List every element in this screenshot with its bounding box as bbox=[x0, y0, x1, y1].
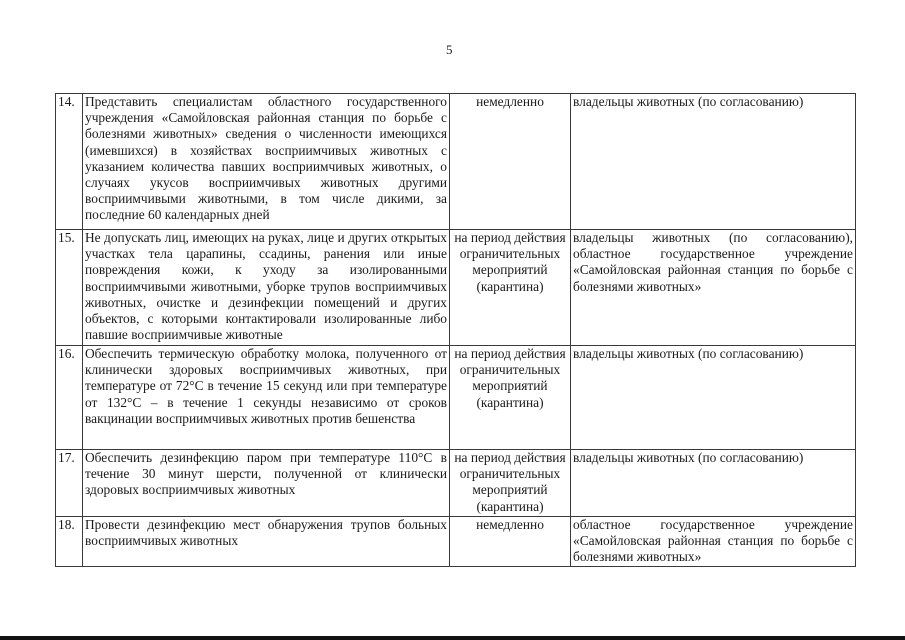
table-row: 15. Не допускать лиц, имеющих на руках, … bbox=[56, 230, 856, 346]
measures-table: 14. Представить специалистам областного … bbox=[55, 93, 856, 567]
measure-term: на период действия ограничительных мероп… bbox=[450, 346, 571, 450]
row-number: 17. bbox=[56, 450, 83, 517]
measure-description: Обеспечить дезинфекцию паром при темпера… bbox=[83, 450, 450, 517]
measure-description: Провести дезинфекцию мест обнаружения тр… bbox=[83, 517, 450, 567]
table-row: 14. Представить специалистам областного … bbox=[56, 94, 856, 230]
page-number: 5 bbox=[446, 42, 453, 58]
table-row: 16. Обеспечить термическую обработку мол… bbox=[56, 346, 856, 450]
measure-description: Не допускать лиц, имеющих на руках, лице… bbox=[83, 230, 450, 346]
row-number: 18. bbox=[56, 517, 83, 567]
measure-responsible: владельцы животных (по согласованию) bbox=[571, 450, 856, 517]
measure-responsible: владельцы животных (по согласованию) bbox=[571, 94, 856, 230]
measure-description: Представить специалистам областного госу… bbox=[83, 94, 450, 230]
measure-responsible: владельцы животных (по согласованию) bbox=[571, 346, 856, 450]
measure-term: немедленно bbox=[450, 94, 571, 230]
row-number: 16. bbox=[56, 346, 83, 450]
measure-term: немедленно bbox=[450, 517, 571, 567]
row-number: 15. bbox=[56, 230, 83, 346]
row-number: 14. bbox=[56, 94, 83, 230]
measure-responsible: владельцы животных (по согласованию), об… bbox=[571, 230, 856, 346]
table-row: 18. Провести дезинфекцию мест обнаружени… bbox=[56, 517, 856, 567]
table-row: 17. Обеспечить дезинфекцию паром при тем… bbox=[56, 450, 856, 517]
measure-term: на период действия ограничительных мероп… bbox=[450, 230, 571, 346]
scan-edge-divider bbox=[0, 636, 905, 640]
measure-responsible: областное государственное учреждение «Са… bbox=[571, 517, 856, 567]
measure-description: Обеспечить термическую обработку молока,… bbox=[83, 346, 450, 450]
measure-term: на период действия ограничительных мероп… bbox=[450, 450, 571, 517]
